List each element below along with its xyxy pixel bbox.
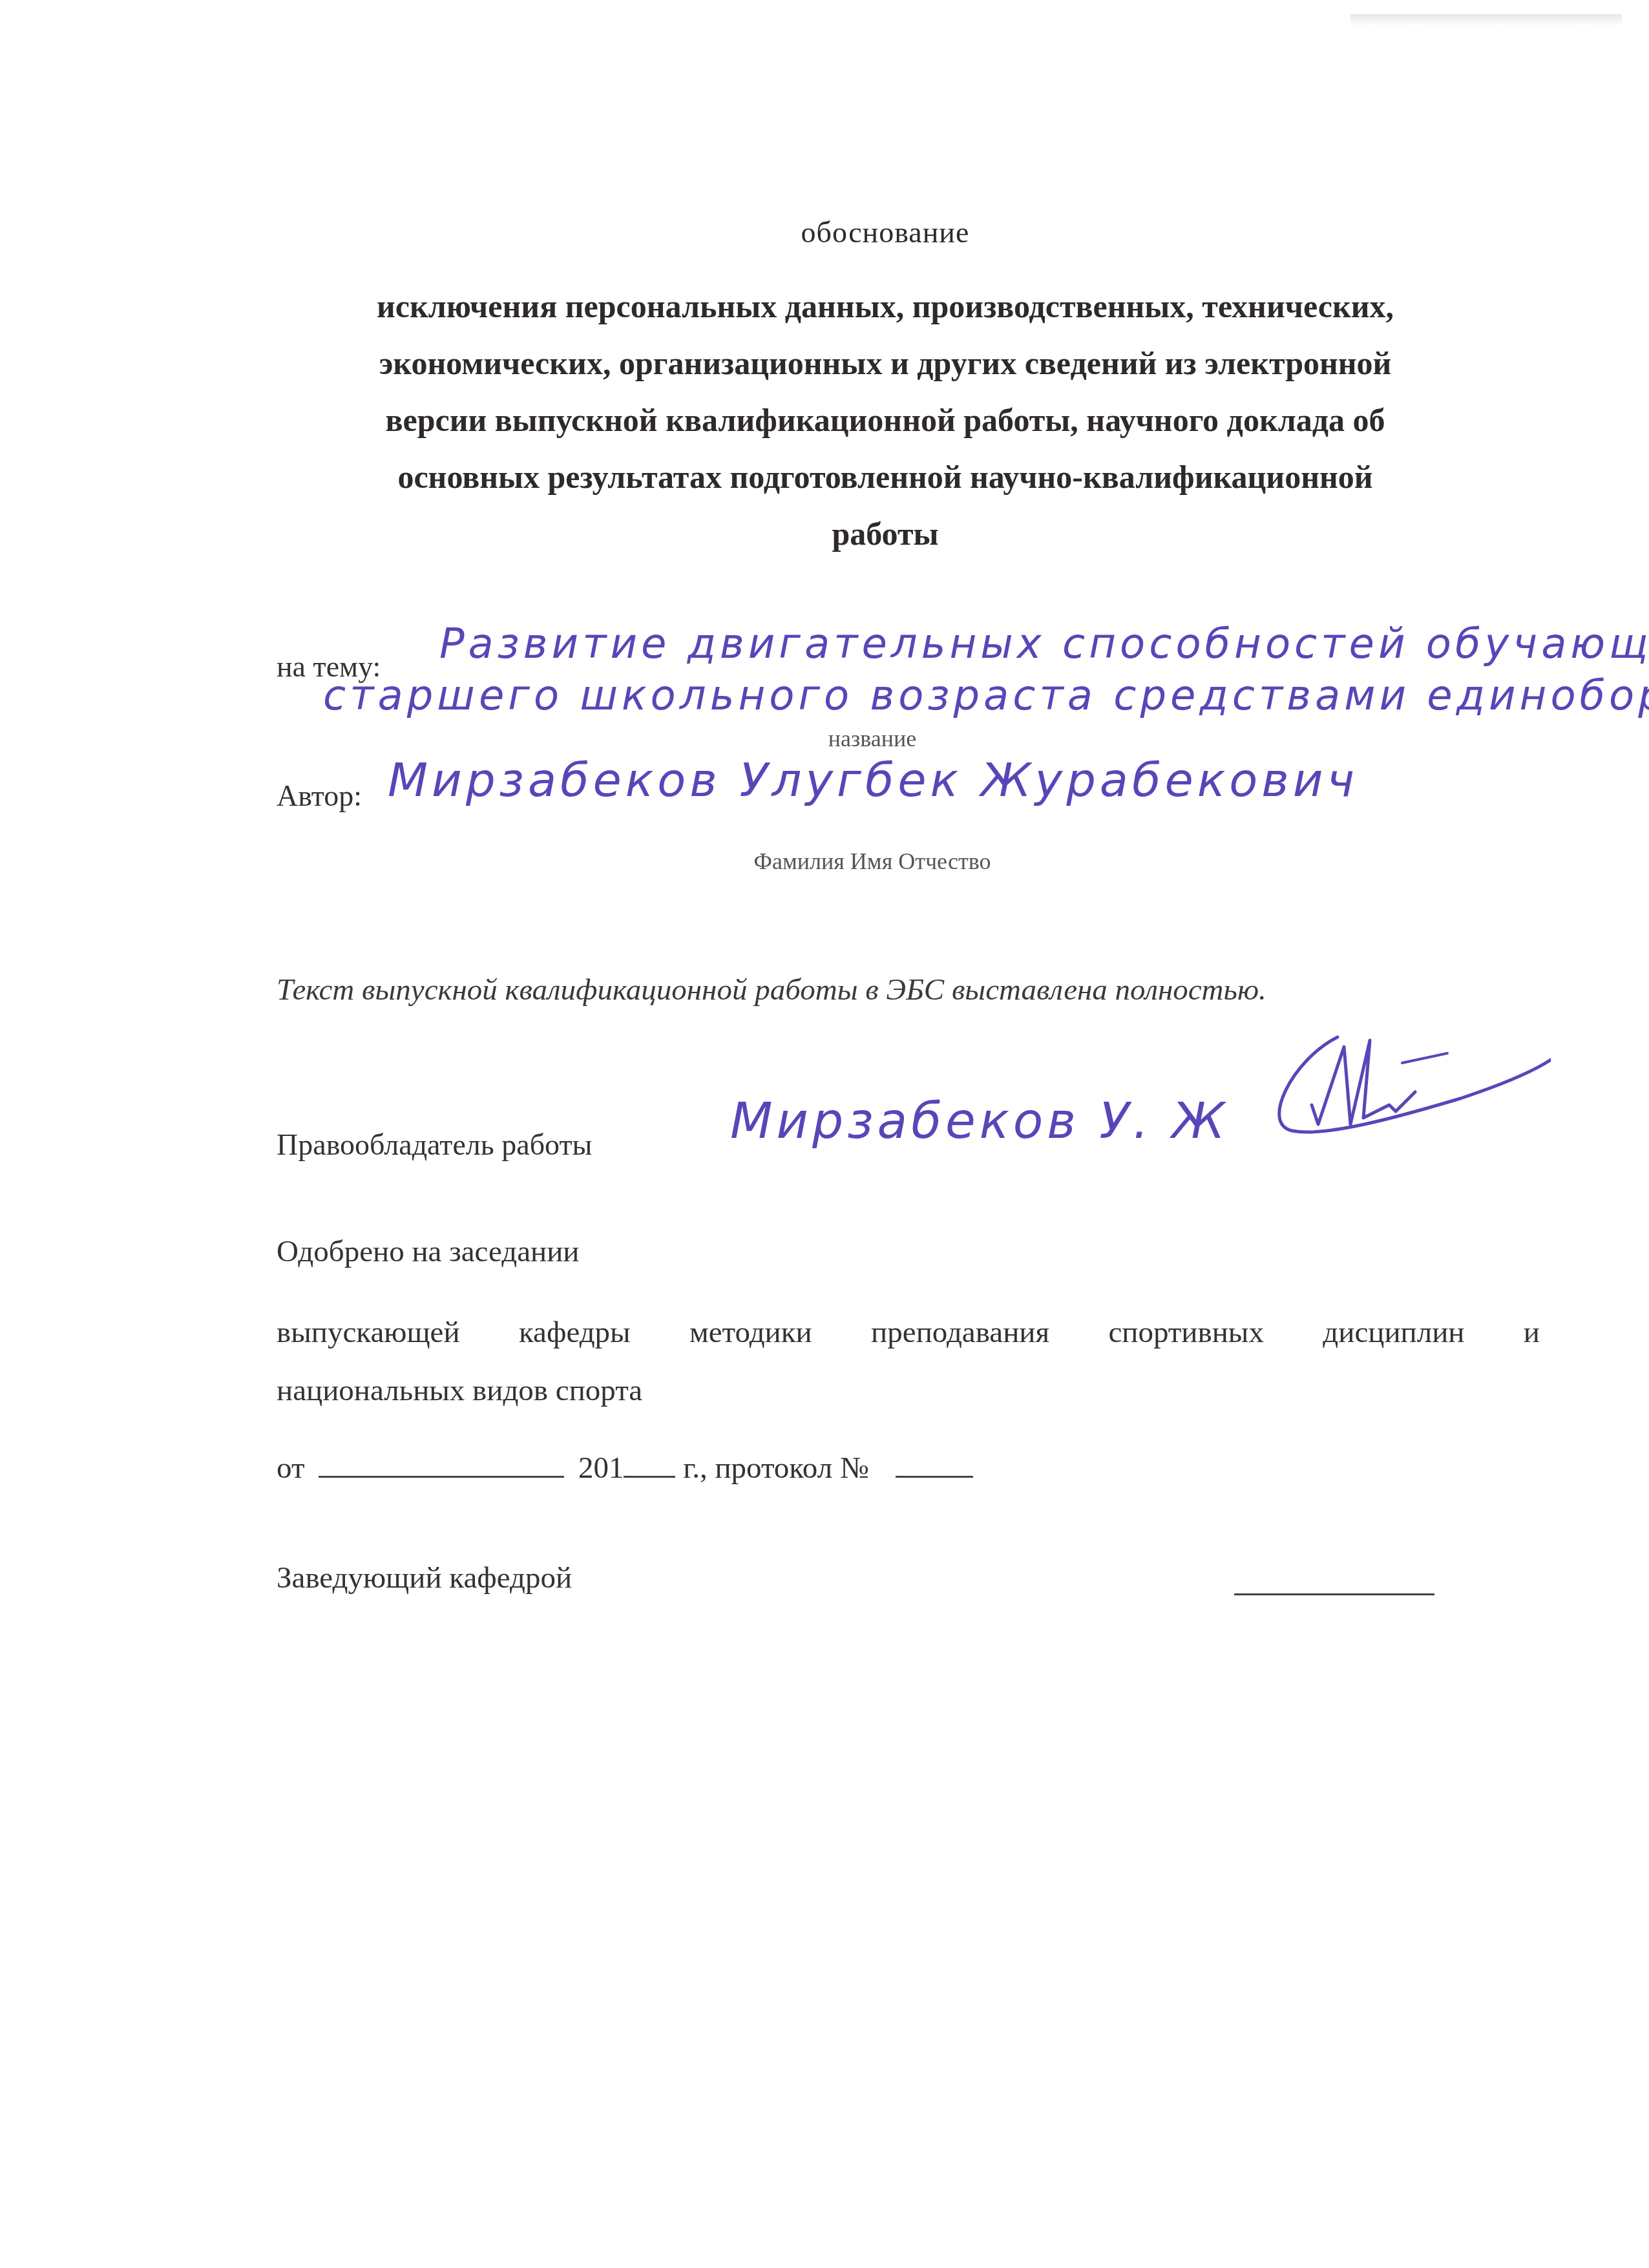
author-caption: Фамилия Имя Отчество bbox=[678, 848, 1066, 875]
title-line: работы bbox=[271, 505, 1499, 562]
topic-handwritten-line-2: старшего школьного возраста средствами е… bbox=[323, 672, 1649, 720]
year-prefix: 201 bbox=[578, 1451, 624, 1485]
author-label: Автор: bbox=[277, 779, 362, 813]
topic-caption: название bbox=[775, 725, 969, 752]
protocol-number-blank-field[interactable] bbox=[896, 1473, 973, 1478]
document-title: исключения персональных данных, производ… bbox=[271, 278, 1499, 562]
rights-holder-handwritten-name: Мирзабеков У. Ж bbox=[730, 1092, 1229, 1150]
title-line: версии выпускной квалификационной работы… bbox=[271, 392, 1499, 448]
date-prefix: от bbox=[277, 1451, 304, 1485]
author-handwritten-name: Мирзабеков Улугбек Журабекович bbox=[388, 753, 1358, 807]
approval-line-2: выпускающей кафедры методики преподавани… bbox=[277, 1315, 1540, 1350]
scan-edge-artifact bbox=[1350, 14, 1622, 26]
signature-icon bbox=[1266, 1027, 1551, 1157]
rights-holder-label: Правообладатель работы bbox=[277, 1128, 592, 1162]
title-line: основных результатах подготовленной науч… bbox=[271, 448, 1499, 505]
approval-date-line: от 201 г., протокол № bbox=[277, 1451, 973, 1486]
approval-line-1: Одобрено на заседании bbox=[277, 1234, 580, 1269]
topic-handwritten-line-1: Развитие двигательных способностей обуча… bbox=[439, 620, 1649, 668]
year-blank-field[interactable] bbox=[624, 1473, 675, 1478]
document-header: обоснование исключения персональных данн… bbox=[271, 213, 1499, 562]
title-line: экономических, организационных и других … bbox=[271, 335, 1499, 392]
date-blank-field[interactable] bbox=[319, 1473, 564, 1478]
head-signature-blank-field[interactable] bbox=[1234, 1591, 1434, 1595]
approval-line-3: национальных видов спорта bbox=[277, 1373, 642, 1408]
title-line: исключения персональных данных, производ… bbox=[271, 278, 1499, 335]
publication-note: Текст выпускной квалификационной работы … bbox=[277, 972, 1266, 1007]
protocol-label: г., протокол № bbox=[683, 1451, 869, 1485]
document-kicker: обоснование bbox=[271, 213, 1499, 252]
head-of-department-label: Заведующий кафедрой bbox=[277, 1560, 572, 1595]
